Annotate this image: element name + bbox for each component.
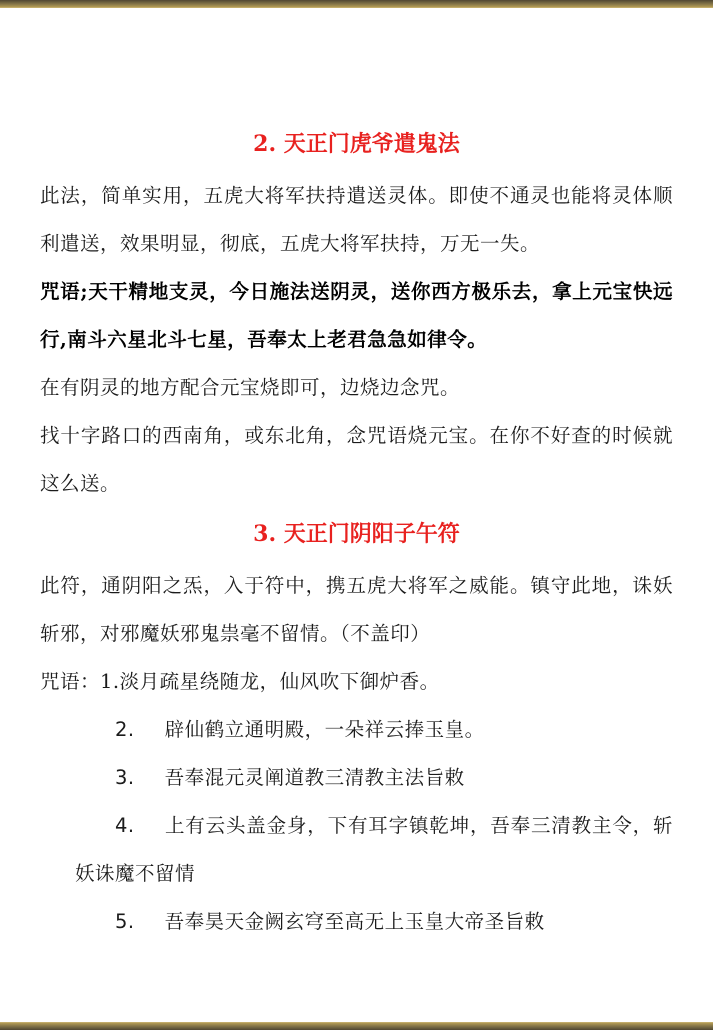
section-2-incantation-bold: 咒语;天干精地支灵，今日施法送阴灵，送你西方极乐去，拿上元宝快远行,南斗六星北斗… — [40, 268, 673, 364]
list-item-text: 吾奉混元灵阐道教三清教主法旨敕 — [165, 766, 465, 789]
incantation-list-item: 4.上有云头盖金身，下有耳字镇乾坤，吾奉三清教主令，斩妖诛魔不留情 — [75, 802, 673, 898]
incantation-list-item: 3.吾奉混元灵阐道教三清教主法旨敕 — [75, 754, 673, 802]
list-item-text: 吾奉昊天金阙玄穹至高无上玉皇大帝圣旨敕 — [165, 910, 545, 933]
bottom-border-bar — [0, 1022, 713, 1030]
list-item-number: 4. — [115, 814, 135, 837]
section-2-paragraph-2: 在有阴灵的地方配合元宝烧即可，边烧边念咒。 — [40, 364, 673, 412]
list-item-text: 上有云头盖金身，下有耳字镇乾坤，吾奉三清教主令，斩妖诛魔不留情 — [75, 814, 673, 885]
incantation-list-item: 2.辟仙鹤立通明殿，一朵祥云捧玉皇。 — [75, 706, 673, 754]
incantation-list-item: 5.吾奉昊天金阙玄穹至高无上玉皇大帝圣旨敕 — [75, 898, 673, 946]
section-2-paragraph-1: 此法，简单实用，五虎大将军扶持遣送灵体。即使不通灵也能将灵体顺利遣送，效果明显，… — [40, 172, 673, 268]
list-item-number: 2. — [115, 718, 135, 741]
section-3-paragraph-1: 此符，通阴阳之炁，入于符中，携五虎大将军之威能。镇守此地，诛妖斩邪，对邪魔妖邪鬼… — [40, 562, 673, 658]
top-border-bar — [0, 0, 713, 8]
section-2-heading: 2. 天正门虎爷遣鬼法 — [40, 120, 673, 168]
list-item-text: 辟仙鹤立通明殿，一朵祥云捧玉皇。 — [165, 718, 485, 741]
document-page: 2. 天正门虎爷遣鬼法 此法，简单实用，五虎大将军扶持遣送灵体。即使不通灵也能将… — [0, 8, 713, 946]
list-item-number: 3. — [115, 766, 135, 789]
list-item-number: 5. — [115, 910, 135, 933]
section-3-heading: 3. 天正门阴阳子午符 — [40, 510, 673, 558]
section-3-incantation-intro: 咒语：1.淡月疏星绕随龙，仙风吹下御炉香。 — [40, 658, 673, 706]
section-2-paragraph-3: 找十字路口的西南角，或东北角，念咒语烧元宝。在你不好查的时候就这么送。 — [40, 412, 673, 508]
